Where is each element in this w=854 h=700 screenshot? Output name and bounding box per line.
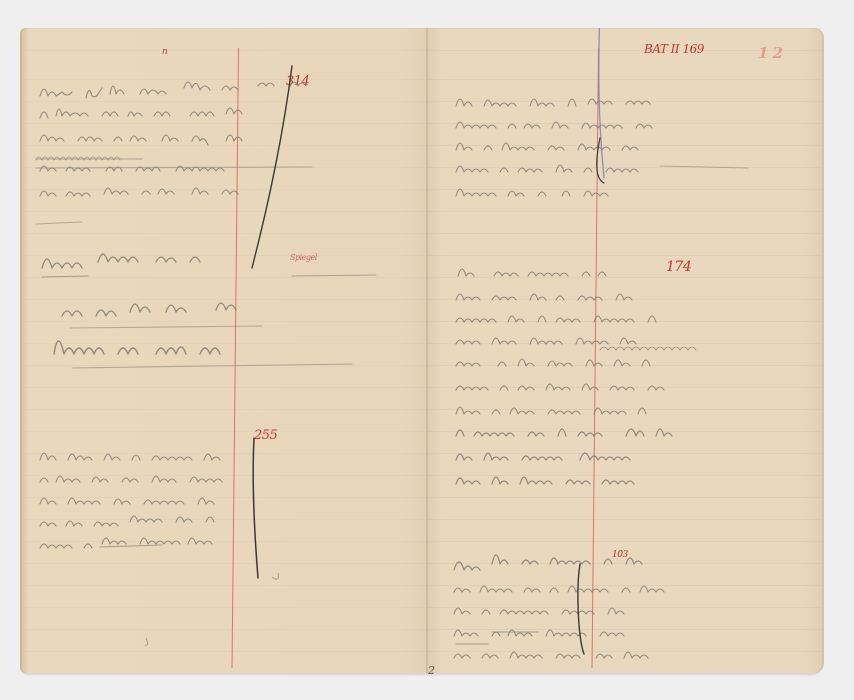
- right-page: BAT II 169 1 2 174 103 2: [428, 28, 822, 673]
- left-page-handwriting: [22, 28, 428, 673]
- right-page-handwriting: [428, 28, 822, 673]
- left-page: n 314 Spiegel 255: [22, 28, 428, 673]
- scan-background: n 314 Spiegel 255: [0, 0, 854, 700]
- notebook-spread: n 314 Spiegel 255: [22, 28, 822, 673]
